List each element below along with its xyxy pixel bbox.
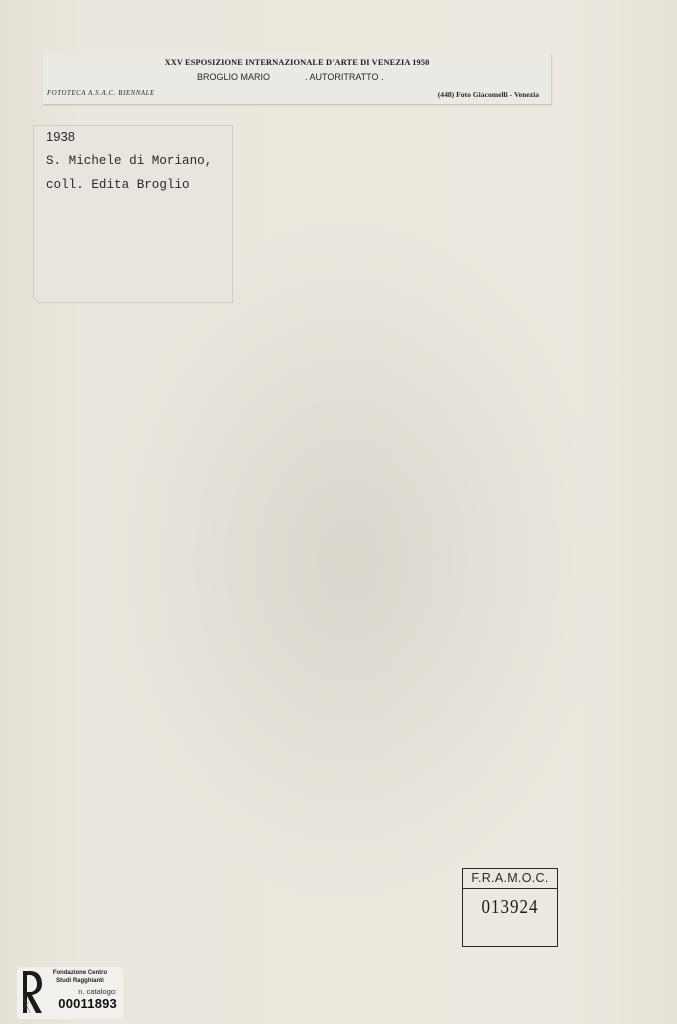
- stamp-header: F.R.A.M.O.C.: [463, 869, 557, 889]
- framoc-stamp: F.R.A.M.O.C. 013924: [462, 868, 558, 947]
- foundation-name-2: Studi Ragghianti: [41, 978, 119, 984]
- note-year: 1938: [46, 129, 75, 144]
- catalog-number: 00011893: [58, 996, 117, 1011]
- typed-note-card: 1938 S. Michele di Moriano, coll. Edita …: [33, 125, 233, 303]
- work-title: . AUTORITRATTO .: [305, 72, 384, 82]
- exhibition-label: XXV ESPOSIZIONE INTERNAZIONALE D'ARTE DI…: [43, 54, 552, 105]
- note-collection: coll. Edita Broglio: [46, 178, 190, 192]
- archive-name: FOTOTECA A.S.A.C. BIENNALE: [47, 90, 155, 97]
- catalog-label: Fondazione Centro Studi Ragghianti n. ca…: [17, 967, 123, 1019]
- photo-credit: (448) Foto Giacomelli - Venezia: [438, 90, 539, 99]
- note-location: S. Michele di Moriano,: [46, 154, 212, 168]
- catalog-number-label: n. catalogo:: [78, 987, 117, 996]
- artist-name: BROGLIO MARIO: [197, 72, 270, 82]
- stamp-number: 013924: [463, 896, 557, 919]
- exhibition-title: XXV ESPOSIZIONE INTERNAZIONALE D'ARTE DI…: [43, 58, 551, 67]
- foundation-name-1: Fondazione Centro: [41, 970, 119, 976]
